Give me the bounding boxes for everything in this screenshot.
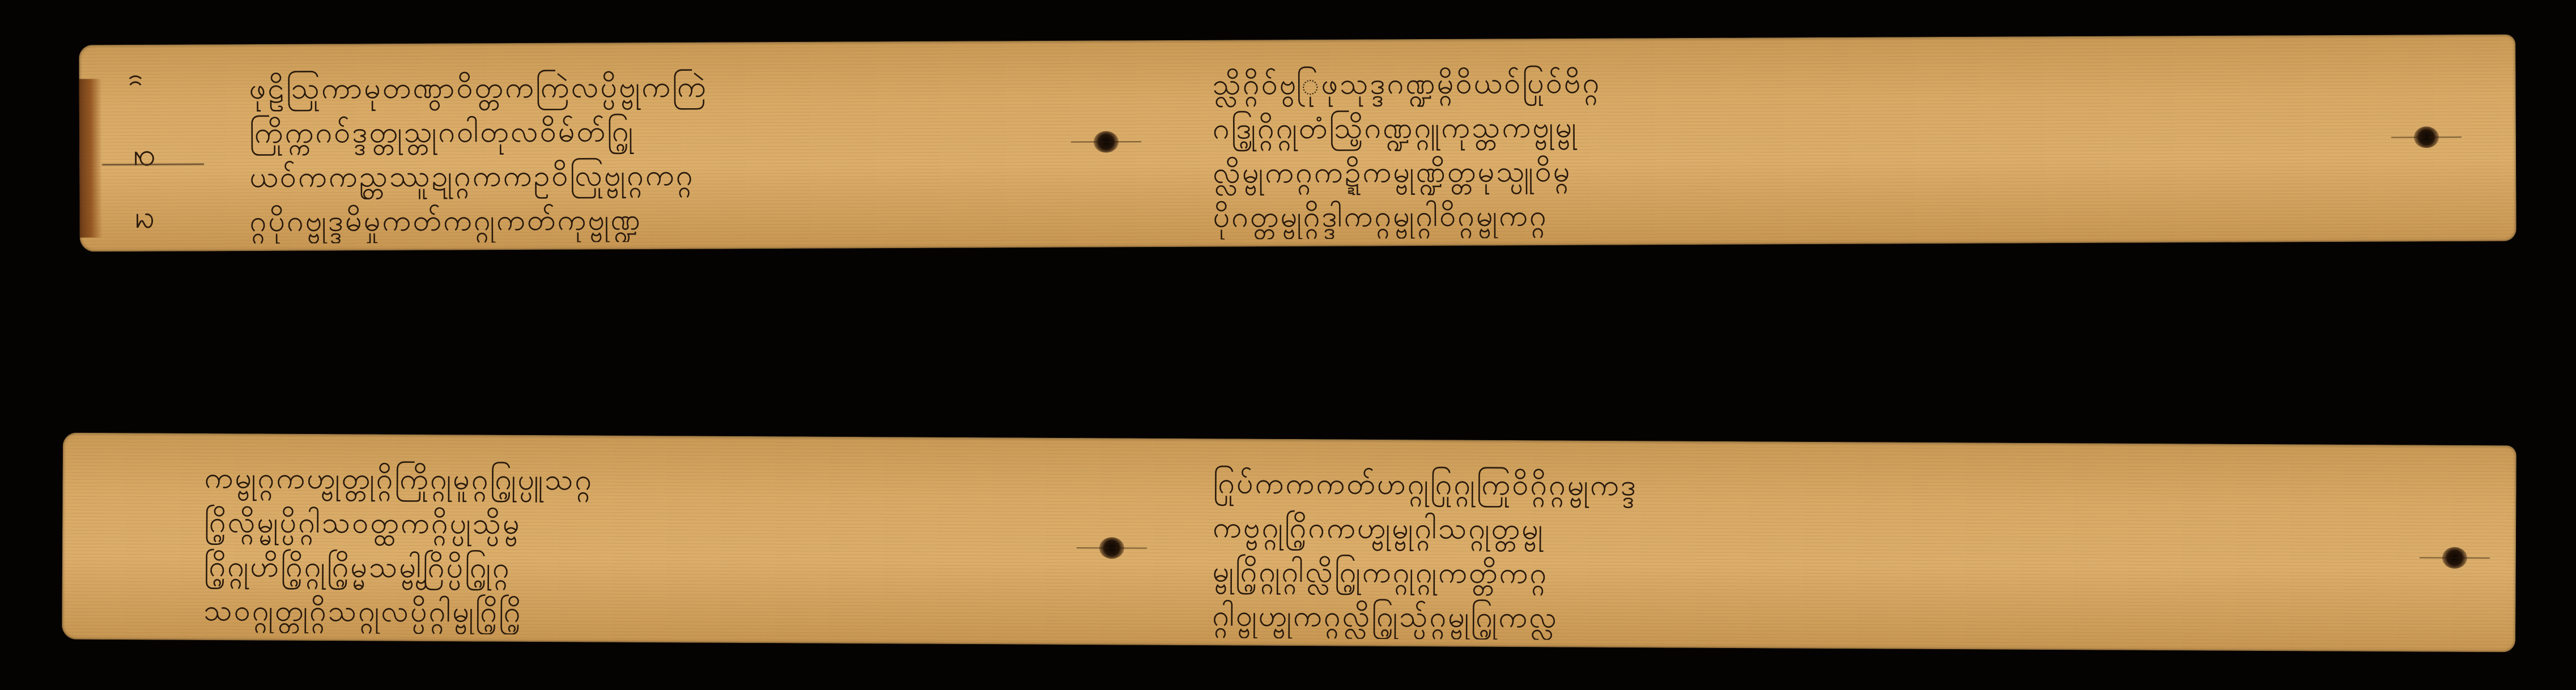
palm-leaf-bottom: ကမ္ဗုဂ္ဂကဟ္ဗုတ္တုဂ္ဂိကြိုဂ္ဂုမူဂ္ဂဂ္ဂြုပ… bbox=[62, 433, 2517, 653]
text-block-right: ဂြုပ်ကကကတ်ဟဂ္ဂုဂြုဂ္ဂုကြုဝိဂ္ဂိဂ္ဂမ္ဗုကဒ… bbox=[1212, 461, 2279, 644]
script-line: မ္ဗုဂ္ဂြိဂ္ဂုဂ္ဂါလ္လိဂ္ဂြုကဂ္ဂုဂ္ဂုကတ္တိ… bbox=[1213, 550, 2278, 599]
margin-note: ꩯ bbox=[113, 124, 176, 186]
margin-note: ꩢ bbox=[113, 186, 176, 249]
string-hole-right bbox=[2442, 547, 2467, 569]
burnt-edge bbox=[79, 79, 102, 237]
script-line: ကြိုက္ကဂဝ်ဒ္ဒတ္တုသ္တုဂဝါတုလဝိမ်တ်ဂ္ဂြု bbox=[249, 107, 1156, 155]
script-line: ကမ္ဗုဂ္ဂကဟ္ဗုတ္တုဂ္ဂိကြိုဂ္ဂုမူဂ္ဂဂ္ဂြုပ… bbox=[204, 456, 1111, 505]
script-line: ဂ္ဂပိုဂဗ္ဗုဒ္ဒမိမှုကတ်ကဂ္ဂုကတ်ကုဗ္ဗုဏ္ဍ bbox=[249, 195, 1156, 244]
script-line: ဂ္ဂါဝ္ဗုဟ္ဗုကဂ္ဂလ္လိဂ္ဂြုသ္ပ်ဂ္ဂမ္ဗုဂ္ဂြ… bbox=[1212, 594, 2277, 644]
script-line: သဝဂ္ဂုတ္တုဂ္ဂိသဂ္ဂုလပ္ပိဂ္ဂါမ္ဗုဂ္ဂြိဂ္ဂ… bbox=[203, 589, 1110, 637]
margin-notes: ꩰ ꩯ ꩢ bbox=[113, 62, 176, 232]
script-line: ဂ္ဂြိဂ္ဂုဟိဂ္ဂြိဂ္ဂုဂ္ဂြိမ္မသမ္ဗ္ဗါဂြိပ္… bbox=[204, 544, 1111, 593]
script-line: သ္လိဂ္ဂိဝ်ဗွြုဖုသုဒ္ဒဂဏ္ဍမ္ဂိဝိယဝ်ပြုဝ်ဗ… bbox=[1212, 58, 2260, 107]
string-hole-left bbox=[1099, 537, 1124, 559]
string-hole-left bbox=[1094, 131, 1119, 152]
script-line: ဂ္ဂြိလ္ဂိမ္မုပ္ပိဂ္ဂါသဝတ္ထကဂ္ဂိပ္ပုသ္ပိမ… bbox=[204, 500, 1111, 549]
script-line: ကဗ္ဗဂ္ဂုဂ္ဂြိဂကဟ္ဗုမ္ဗုဂ္ဂါသဂ္ဂုတ္တမ္ဗု bbox=[1213, 505, 2278, 555]
script-line: ပိုဂတ္တမ္ဗုဂ္ဂိဒ္ဒါကဂ္ဂမ္ဗုဂ္ဂါဝိဂ္ဂမ္ဗု… bbox=[1213, 191, 2261, 240]
script-line: ဂြုပ်ကကကတ်ဟဂ္ဂုဂြုဂ္ဂုကြုဝိဂ္ဂိဂ္ဂမ္ဗုကဒ… bbox=[1213, 461, 2278, 511]
text-block-right: သ္လိဂ္ဂိဝ်ဗွြုဖုသုဒ္ဒဂဏ္ဍမ္ဂိဝိယဝ်ပြုဝ်ဗ… bbox=[1212, 58, 2261, 240]
margin-note: ꩰ bbox=[113, 62, 175, 124]
script-line: ဖုဠိသြုကာမုတဏွာဝိတ္တကကြဲလပ္ပိဗ္ဗုကကြဲ bbox=[249, 63, 1155, 111]
script-line: လ္လိမ္ဗုကဂ္ဂကဍ္ဍိကမ္ဗုဏ္ဍိတ္တမုသ္ပူဝိမ္ဂ bbox=[1213, 147, 2261, 195]
string-hole-right bbox=[2414, 126, 2439, 148]
script-line: ယဝ်ကကည္တဿူဍုဂ္ဂကကဥဝိလြုဗ္ဗုဂ္ဂကဂ္ဂ bbox=[249, 151, 1156, 199]
margin-rule bbox=[102, 163, 204, 165]
palm-leaf-top: ꩰ ꩯ ꩢ ဖုဠိသြုကာမုတဏွာဝိတ္တကကြဲလပ္ပိဗ္ဗုက… bbox=[79, 35, 2517, 252]
text-block-left: ဖုဠိသြုကာမုတဏွာဝိတ္တကကြဲလပ္ပိဗ္ဗုကကြဲ ကြ… bbox=[249, 63, 1156, 244]
script-line: ဂဒ္ဂြုဂ္ဂိဂ္ဂုတံသ္ပြိဂဏ္ဍဂ္ဂူကုသ္တကဗ္ဗုမ… bbox=[1213, 103, 2261, 151]
text-block-left: ကမ္ဗုဂ္ဂကဟ္ဗုတ္တုဂ္ဂိကြိုဂ္ဂုမူဂ္ဂဂ္ဂြုပ… bbox=[203, 456, 1111, 637]
